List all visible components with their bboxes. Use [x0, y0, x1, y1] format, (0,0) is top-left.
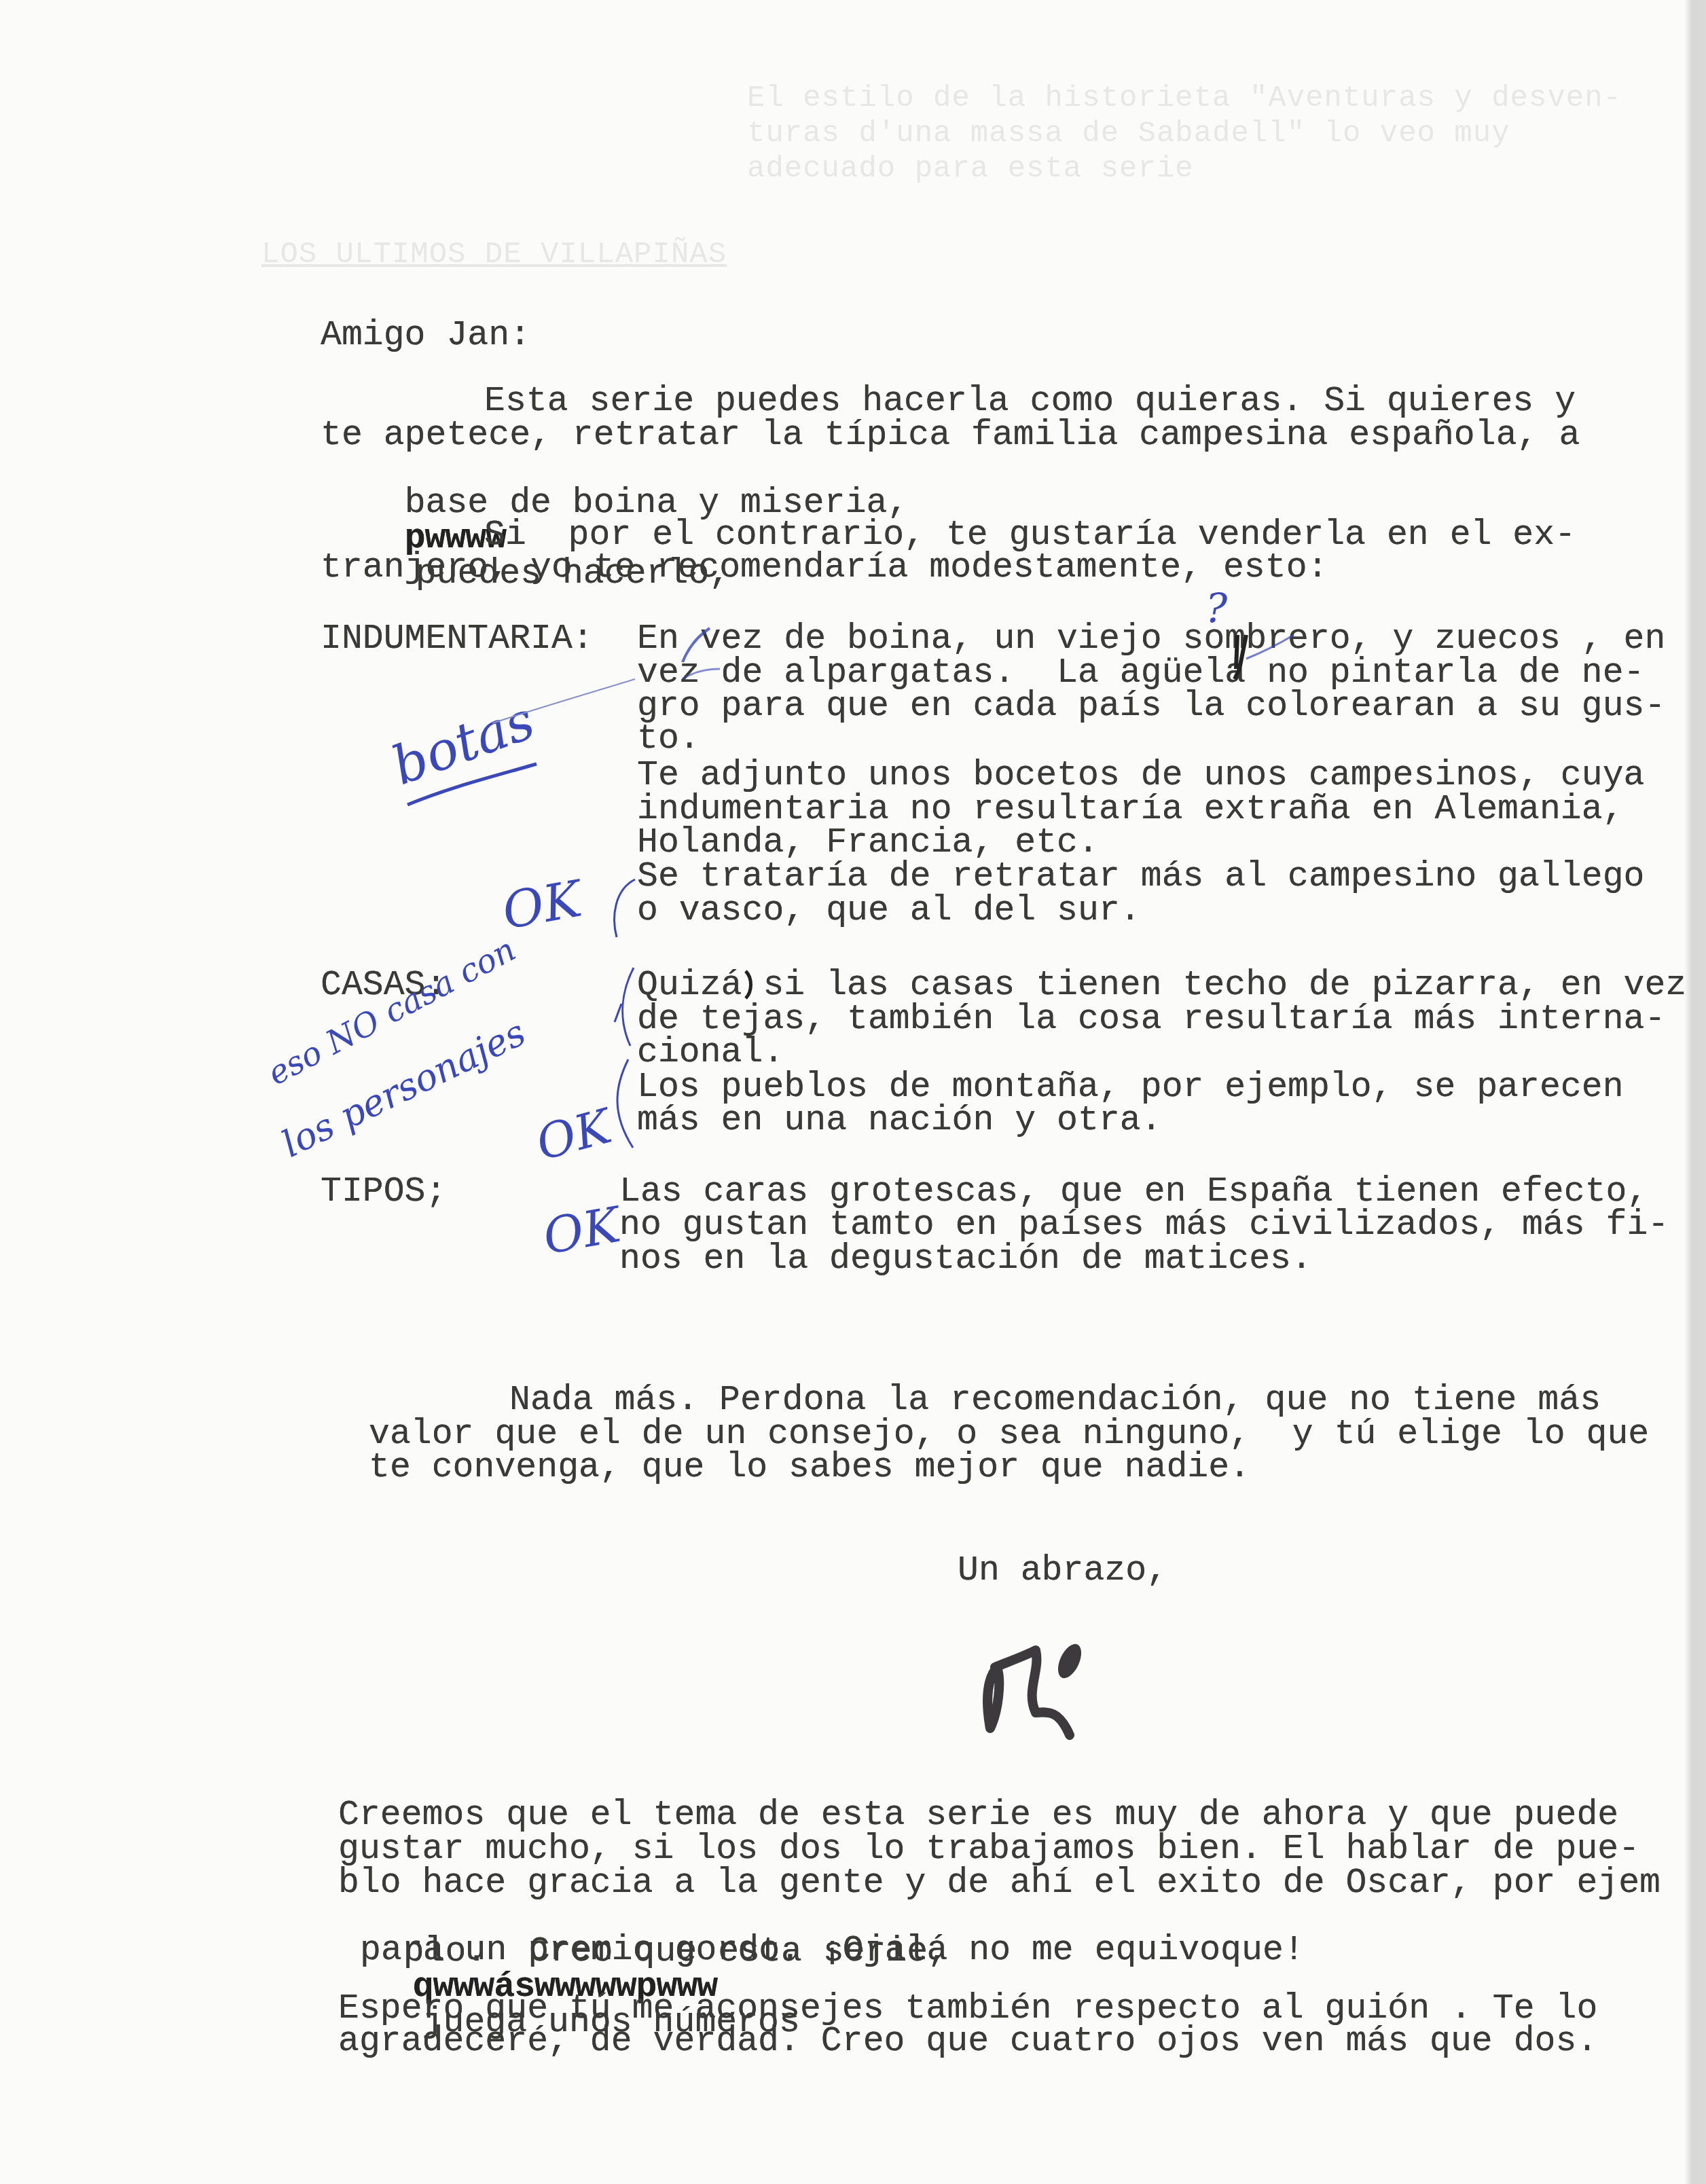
signature-icon	[987, 1650, 1070, 1735]
letter-page: El estilo de la historieta "Aventuras y …	[0, 0, 1706, 2184]
botas-underline-icon	[407, 764, 537, 805]
bracket-icon	[617, 1059, 633, 1148]
bracket-icon	[623, 968, 634, 1046]
annotation-leader-line-icon	[492, 679, 635, 723]
bracket-icon	[615, 879, 635, 937]
inserted-y-mark-icon	[1235, 635, 1246, 679]
pen-marks	[0, 0, 1706, 2184]
strike-boina-icon	[683, 628, 710, 662]
strike-zuecos-icon	[1246, 635, 1294, 659]
signature-dot-icon	[1053, 1641, 1086, 1682]
